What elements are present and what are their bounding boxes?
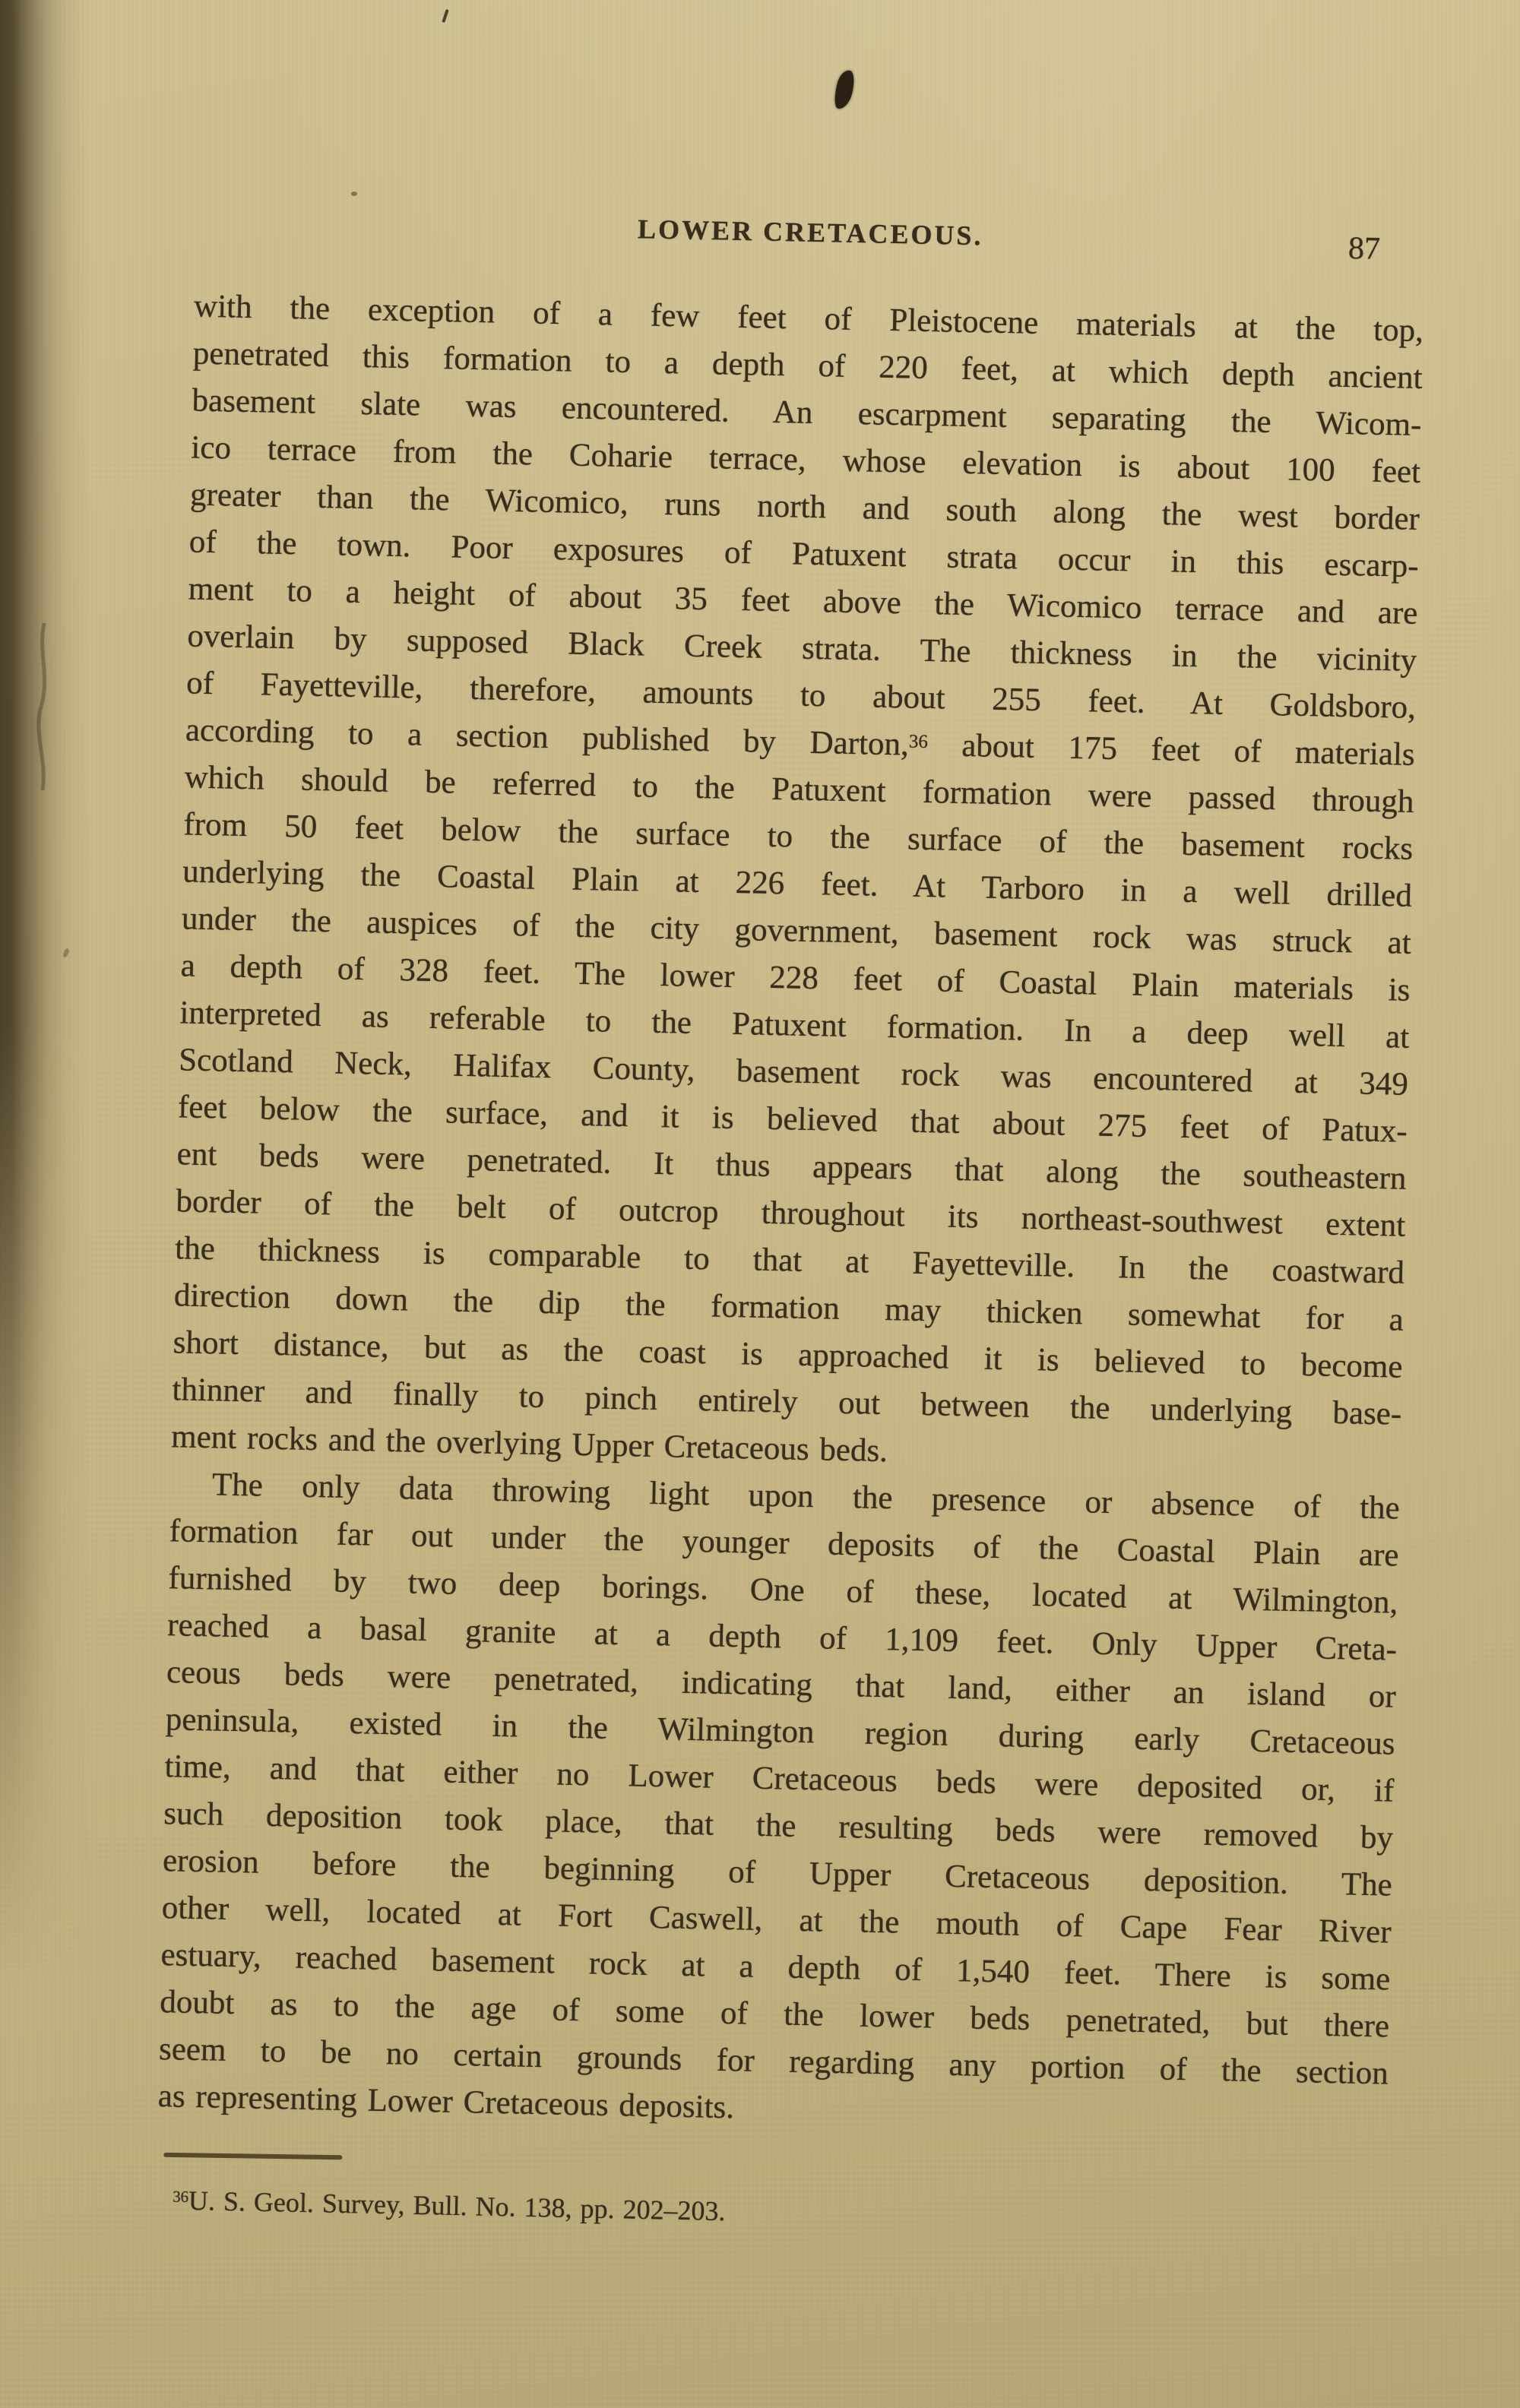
ink-speck bbox=[351, 191, 357, 196]
text-segment: U. S. Geol. Survey, Bull. No. 138, pp. 2… bbox=[188, 2185, 726, 2226]
page-number: 87 bbox=[1348, 230, 1381, 267]
text-segment: about 175 feet of materials bbox=[927, 727, 1415, 773]
paragraph: The only data throwing light upon the pr… bbox=[157, 1460, 1400, 2144]
ink-speck bbox=[442, 9, 448, 23]
paragraph: with the exception of a few feet of Plei… bbox=[171, 283, 1424, 1486]
footnote-separator-rule bbox=[163, 2153, 342, 2160]
crease-mark bbox=[21, 623, 67, 790]
printed-content: LOWER CRETACEOUS. 87 with the exception … bbox=[135, 199, 1426, 2242]
text-segment: ment rocks and the overlying Upper Creta… bbox=[171, 1419, 888, 1469]
text-segment: according to a section published by Dart… bbox=[185, 712, 910, 762]
running-head-title: LOWER CRETACEOUS. bbox=[195, 204, 1426, 261]
scanned-book-page: LOWER CRETACEOUS. 87 with the exception … bbox=[0, 0, 1520, 2408]
body-text: with the exception of a few feet of Plei… bbox=[157, 283, 1423, 2145]
ink-blot bbox=[831, 68, 857, 111]
binding-shadow bbox=[0, 0, 90, 2052]
footnote-reference: 36 bbox=[909, 732, 928, 752]
footnote-reference: 36 bbox=[173, 2187, 188, 2205]
text-segment: as representing Lower Cretaceous deposit… bbox=[157, 2078, 734, 2125]
footnote-text: 36U. S. Geol. Survey, Bull. No. 138, pp.… bbox=[173, 2182, 1386, 2242]
